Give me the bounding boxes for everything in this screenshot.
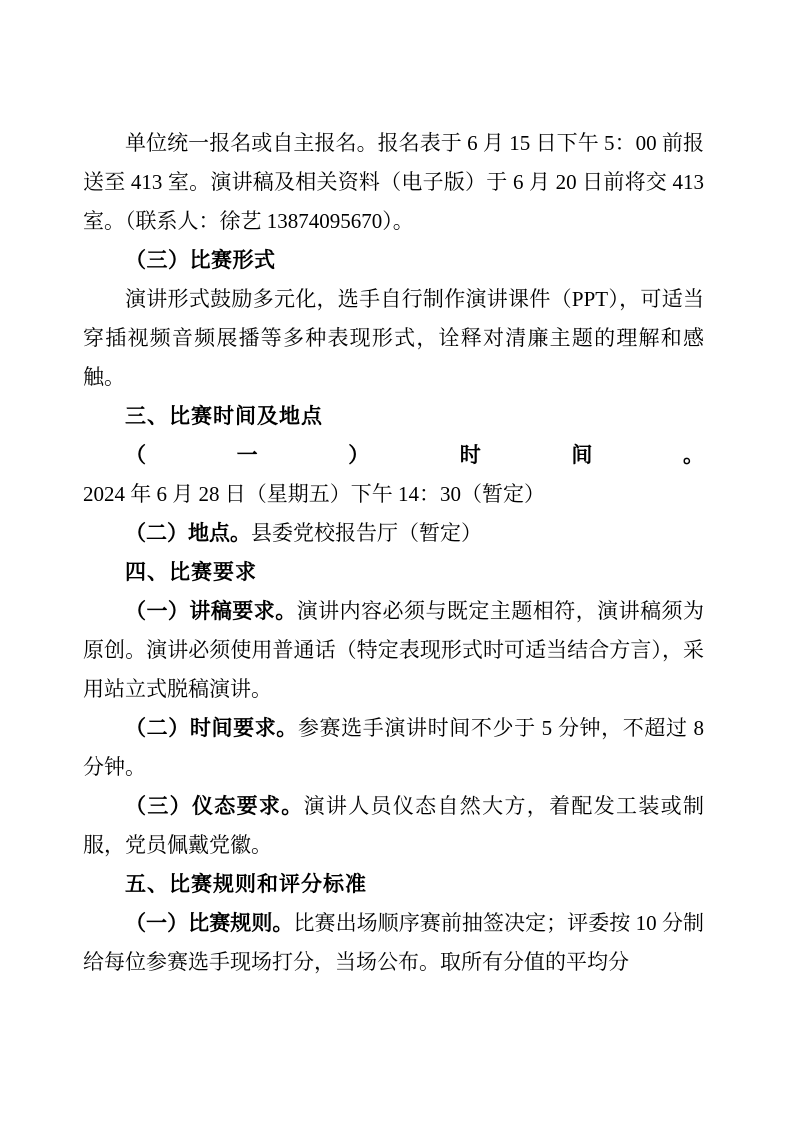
heading-text: 五、比赛规则和评分标准 xyxy=(125,873,367,896)
paragraph-lead: （二）地点。 xyxy=(125,521,251,545)
paragraph-lead: （二）时间要求。 xyxy=(125,716,298,740)
paragraph-place: （二）地点。县委党校报告厅（暂定） xyxy=(83,514,704,553)
paragraph-text: 演讲形式鼓励多元化，选手自行制作演讲课件（PPT），可适当穿插视频音频展播等多种… xyxy=(83,287,704,389)
paragraph-text: 2024 年 6 月 28 日（星期五）下午 14：30（暂定） xyxy=(83,482,545,506)
paragraph-registration-details: 单位统一报名或自主报名。报名表于 6 月 15 日下午 5：00 前报送至 41… xyxy=(83,124,704,241)
paragraph-lead: （一）比赛规则。 xyxy=(125,911,293,935)
heading-text: 三、比赛时间及地点 xyxy=(125,405,323,428)
document-body: 单位统一报名或自主报名。报名表于 6 月 15 日下午 5：00 前报送至 41… xyxy=(83,124,704,982)
paragraph-lead: （三）仪态要求。 xyxy=(125,794,304,818)
paragraph-time: （一）时间。2024 年 6 月 28 日（星期五）下午 14：30（暂定） xyxy=(83,436,704,514)
paragraph-time-requirements: （二）时间要求。参赛选手演讲时间不少于 5 分钟，不超过 8 分钟。 xyxy=(83,709,704,787)
heading-competition-requirements: 四、比赛要求 xyxy=(83,553,704,592)
paragraph-script-requirements: （一）讲稿要求。演讲内容必须与既定主题相符，演讲稿须为原创。演讲必须使用普通话（… xyxy=(83,592,704,709)
paragraph-lead: （一）讲稿要求。 xyxy=(125,599,297,623)
paragraph-text: 县委党校报告厅（暂定） xyxy=(251,521,482,545)
paragraph-text: 单位统一报名或自主报名。报名表于 6 月 15 日下午 5：00 前报送至 41… xyxy=(83,131,704,233)
heading-rules-and-scoring: 五、比赛规则和评分标准 xyxy=(83,865,704,904)
heading-competition-format: （三）比赛形式 xyxy=(83,241,704,280)
paragraph-competition-format: 演讲形式鼓励多元化，选手自行制作演讲课件（PPT），可适当穿插视频音频展播等多种… xyxy=(83,280,704,397)
paragraph-competition-rules: （一）比赛规则。比赛出场顺序赛前抽签决定；评委按 10 分制给每位参赛选手现场打… xyxy=(83,904,704,982)
paragraph-lead: （一）时间。 xyxy=(125,443,704,467)
heading-time-and-place: 三、比赛时间及地点 xyxy=(83,397,704,436)
paragraph-etiquette-requirements: （三）仪态要求。演讲人员仪态自然大方，着配发工装或制服，党员佩戴党徽。 xyxy=(83,787,704,865)
heading-text: （三）比赛形式 xyxy=(125,248,276,272)
heading-text: 四、比赛要求 xyxy=(125,561,257,584)
document-page: 单位统一报名或自主报名。报名表于 6 月 15 日下午 5：00 前报送至 41… xyxy=(0,0,793,1122)
